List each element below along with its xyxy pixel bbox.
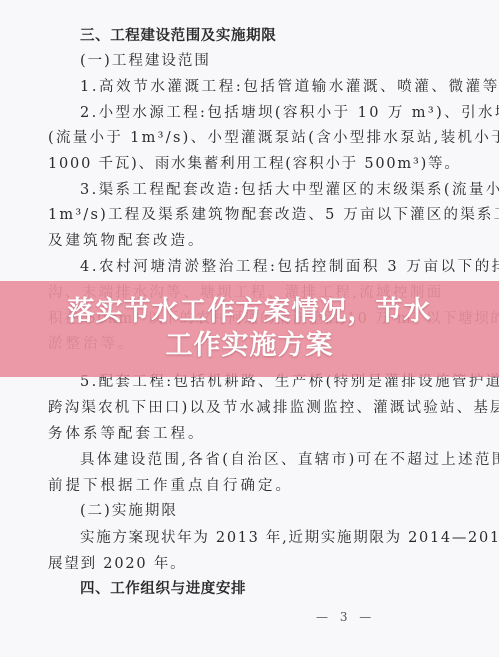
title-banner: 落实节水工作方案情况，节水 工作实施方案	[0, 281, 499, 377]
item-3-line-1: 3.渠系工程配套改造:包括大中型灌区的末级渠系(流量小于	[80, 180, 499, 200]
item-1: 1.高效节水灌溉工程:包括管道输水灌溉、喷灌、微灌等。	[80, 77, 499, 97]
period-line-1: 实施方案现状年为 2013 年,近期实施期限为 2014—2017 年,	[80, 528, 499, 548]
banner-title-line-1: 落实节水工作方案情况，节水	[68, 295, 432, 329]
item-3-line-3: 及建筑物配套改造。	[48, 231, 206, 251]
item-3-line-2: 1m³/s)工程及渠系建筑物配套改造、5 万亩以下灌区的渠系工程	[48, 205, 499, 225]
item-5-line-2: 跨沟渠农机下田口)以及节水减排监测监控、灌溉试验站、基层服	[48, 398, 499, 418]
banner-title-line-2: 工作实施方案	[166, 329, 334, 363]
scope-line-2: 前提下根据工作重点自行确定。	[48, 476, 293, 496]
item-2-line-1: 2.小型水源工程:包括塘坝(容积小于 10 万 m³)、引水堰闸	[80, 103, 499, 123]
item-2-line-2: (流量小于 1m³/s)、小型灌溉泵站(含小型排水泵站,装机小于	[48, 128, 499, 148]
scope-line-1: 具体建设范围,各省(自治区、直辖市)可在不超过上述范围的	[80, 450, 499, 470]
section-4-heading: 四、工作组织与进度安排	[80, 579, 246, 599]
item-2-line-3: 1000 千瓦)、雨水集蓄利用工程(容积小于 500m³)等。	[48, 154, 461, 174]
item-5-line-3: 务体系等配套工程。	[48, 424, 206, 444]
subsection-2-heading: (二)实施期限	[80, 501, 178, 521]
item-4-line-1: 4.农村河塘清淤整治工程:包括控制面积 3 万亩以下的排水	[80, 257, 499, 277]
page-number: — 3 —	[316, 610, 375, 624]
section-3-heading: 三、工程建设范围及实施期限	[80, 26, 276, 46]
period-line-2: 展望到 2020 年。	[48, 554, 186, 574]
subsection-1-heading: (一)工程建设范围	[80, 51, 211, 71]
